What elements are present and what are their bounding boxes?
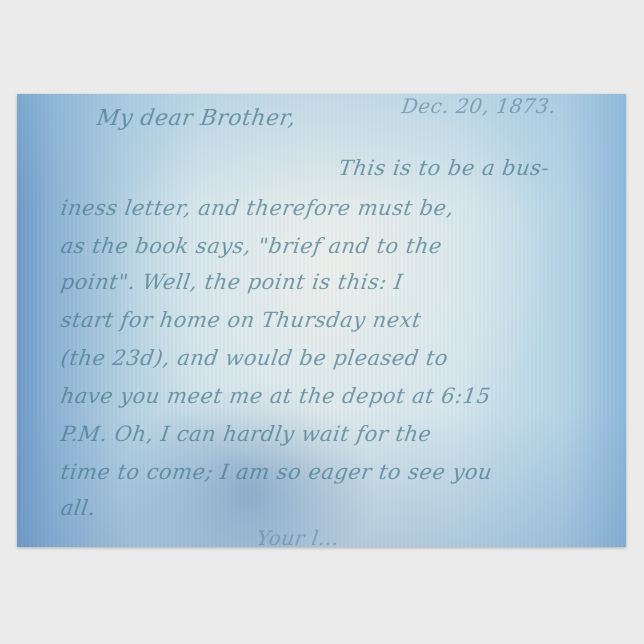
letter-salutation: My dear Brother, [95,106,297,131]
letter-line: time to come; I am so eager to see you [59,460,494,484]
letter-line: start for home on Thursday next [59,308,423,332]
letter-card: Dec. 20, 1873. My dear Brother, This is … [17,94,626,547]
letter-date: Dec. 20, 1873. [400,94,558,118]
letter-line: point". Well, the point is this: I [59,270,404,294]
letter-closing-fragment: Your l... [255,526,341,547]
letter-line: have you meet me at the depot at 6:15 [59,384,492,408]
letter-line: P.M. Oh, I can hardly wait for the [59,422,433,446]
letter-line: iness letter, and therefore must be, [59,196,455,220]
letter-line: (the 23d), and would be pleased to [59,346,450,370]
letter-line: all. [59,496,97,520]
letter-line: as the book says, "brief and to the [59,234,443,258]
letter-line: This is to be a bus- [337,156,551,180]
